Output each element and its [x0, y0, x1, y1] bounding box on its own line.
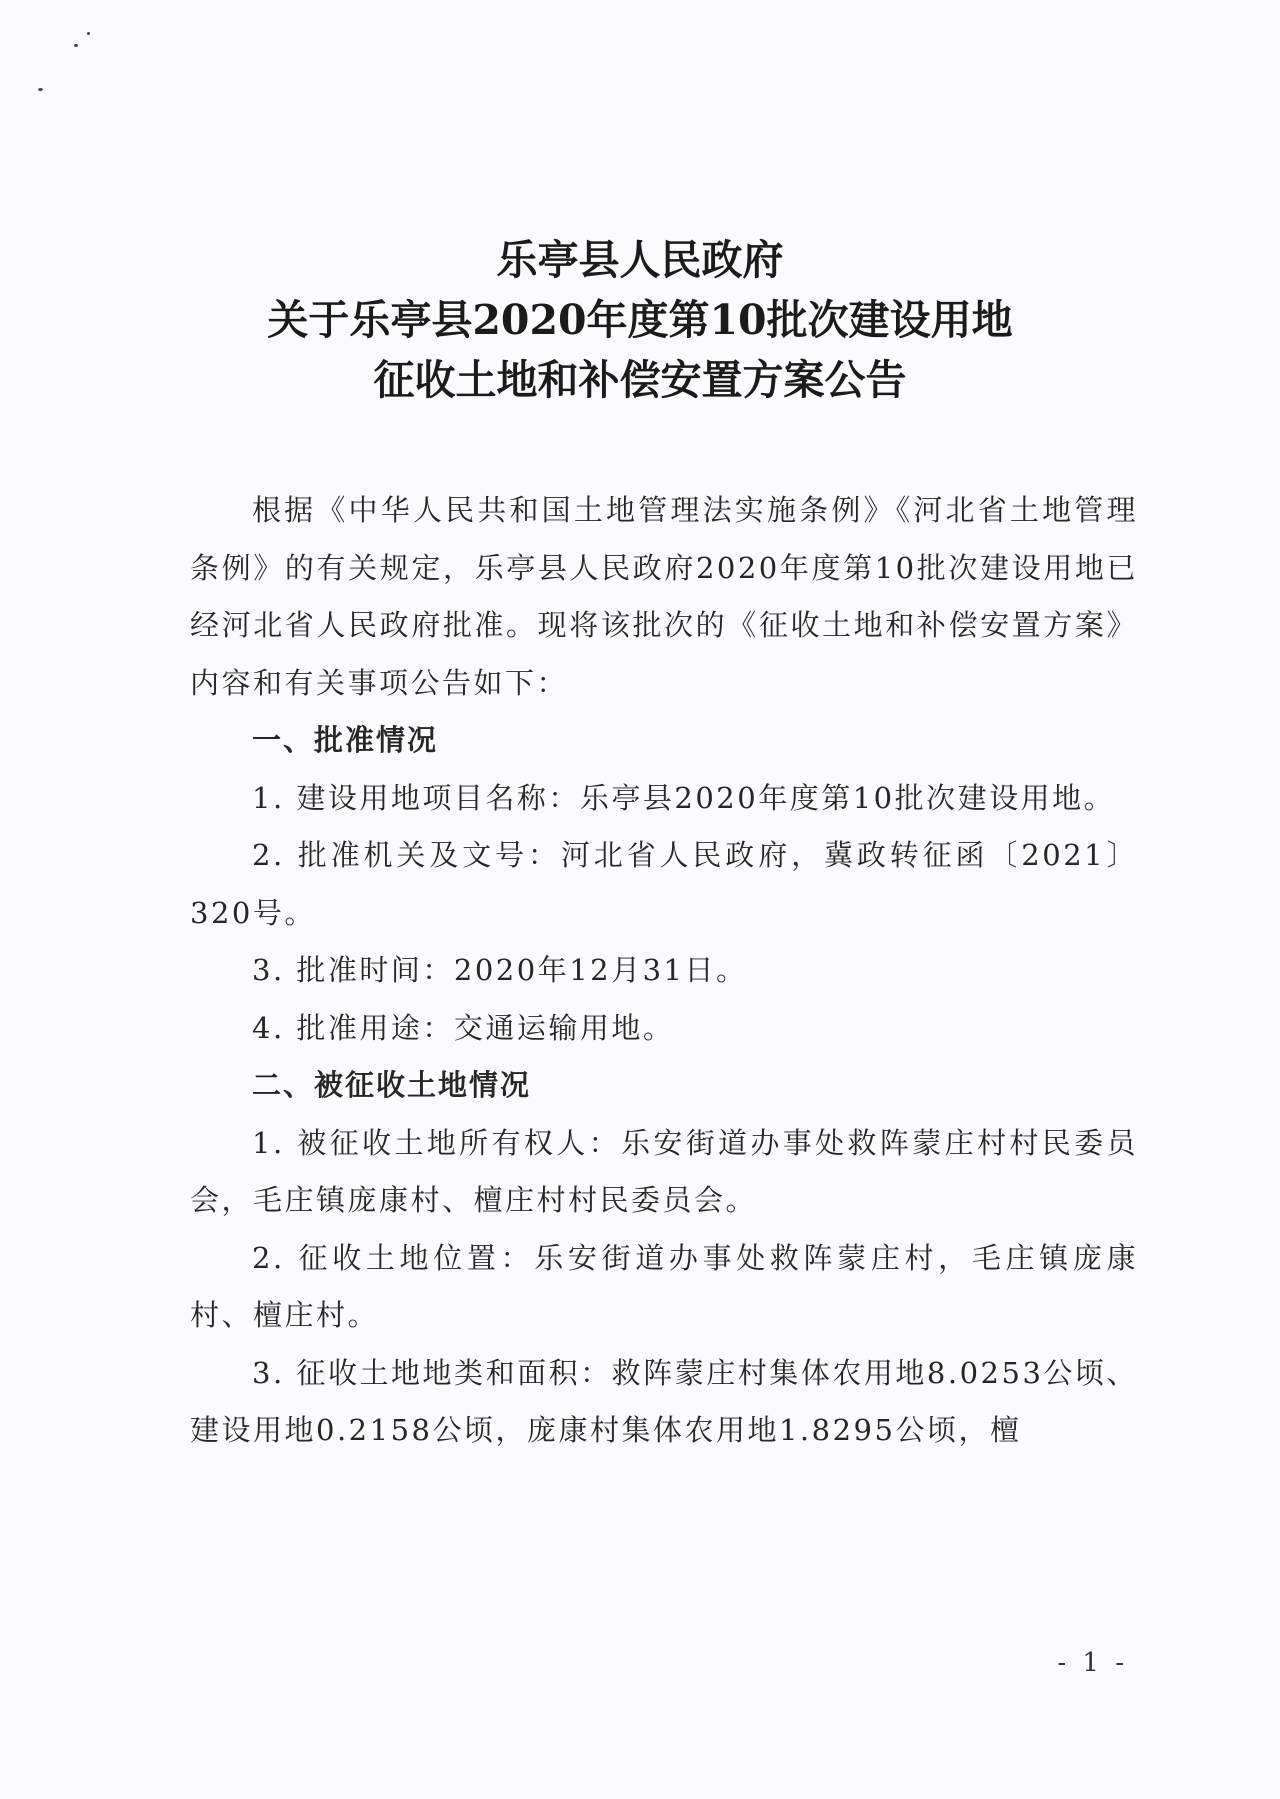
title-line-1: 乐亭县人民政府 — [0, 230, 1280, 290]
section-heading-approval: 一、批准情况 — [190, 712, 1138, 770]
scan-speck — [87, 32, 90, 35]
approval-item-4: 4. 批准用途：交通运输用地。 — [190, 1000, 1138, 1058]
scan-speck — [74, 44, 78, 47]
land-item-3: 3. 征收土地地类和面积：救阵蒙庄村集体农用地8.0253公顷、建设用地0.21… — [190, 1345, 1138, 1460]
title-line-2: 关于乐亭县2020年度第10批次建设用地 — [0, 290, 1280, 350]
approval-item-2: 2. 批准机关及文号：河北省人民政府，冀政转征函〔2021〕320号。 — [190, 827, 1138, 942]
document-page: 乐亭县人民政府 关于乐亭县2020年度第10批次建设用地 征收土地和补偿安置方案… — [0, 0, 1280, 1799]
land-item-1: 1. 被征收土地所有权人：乐安街道办事处救阵蒙庄村村民委员会，毛庄镇庞康村、檀庄… — [190, 1115, 1138, 1230]
document-body: 根据《中华人民共和国土地管理法实施条例》《河北省土地管理条例》的有关规定，乐亭县… — [190, 482, 1138, 1460]
page-number: - 1 - — [1057, 1648, 1128, 1678]
intro-paragraph: 根据《中华人民共和国土地管理法实施条例》《河北省土地管理条例》的有关规定，乐亭县… — [190, 482, 1138, 712]
land-item-2: 2. 征收土地位置：乐安街道办事处救阵蒙庄村，毛庄镇庞康村、檀庄村。 — [190, 1230, 1138, 1345]
approval-item-3: 3. 批准时间：2020年12月31日。 — [190, 942, 1138, 1000]
document-title: 乐亭县人民政府 关于乐亭县2020年度第10批次建设用地 征收土地和补偿安置方案… — [0, 230, 1280, 410]
section-heading-land: 二、被征收土地情况 — [190, 1057, 1138, 1115]
title-line-3: 征收土地和补偿安置方案公告 — [0, 350, 1280, 410]
scan-speck — [38, 88, 43, 91]
approval-item-1: 1. 建设用地项目名称：乐亭县2020年度第10批次建设用地。 — [190, 770, 1138, 828]
